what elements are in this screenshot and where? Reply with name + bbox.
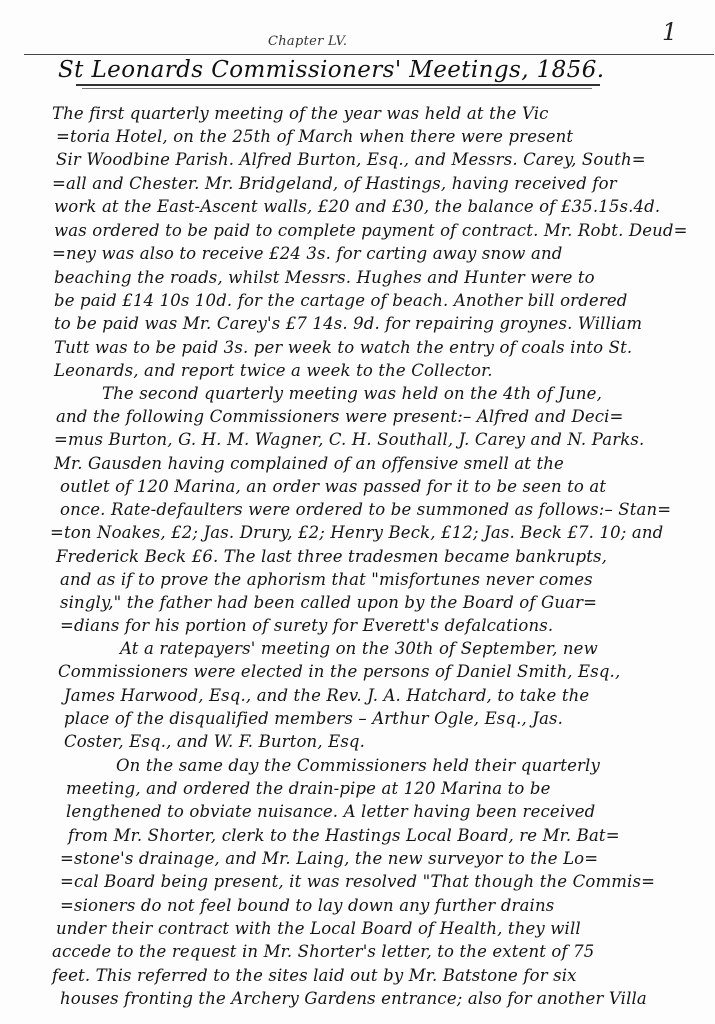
- text-line: =cal Board being present, it was resolve…: [60, 872, 655, 891]
- text-line: =all and Chester. Mr. Bridgeland, of Has…: [52, 174, 617, 193]
- text-line: =sioners do not feel bound to lay down a…: [60, 896, 554, 915]
- text-line: Commissioners were elected in the person…: [58, 662, 620, 681]
- text-line: lengthened to obviate nuisance. A letter…: [66, 802, 595, 821]
- text-line: meeting, and ordered the drain-pipe at 1…: [66, 779, 551, 798]
- text-line: On the same day the Commissioners held t…: [116, 756, 600, 775]
- text-line: houses fronting the Archery Gardens entr…: [60, 989, 647, 1008]
- text-line: =dians for his portion of surety for Eve…: [60, 616, 553, 635]
- text-line: =ton Noakes, £2; Jas. Drury, £2; Henry B…: [50, 523, 663, 542]
- text-line: once. Rate-defaulters were ordered to be…: [60, 500, 671, 519]
- text-line: =stone's drainage, and Mr. Laing, the ne…: [60, 849, 598, 868]
- text-line: work at the East-Ascent walls, £20 and £…: [54, 197, 660, 216]
- text-line: Frederick Beck £6. The last three trades…: [56, 547, 607, 566]
- text-line: =toria Hotel, on the 25th of March when …: [56, 127, 573, 146]
- text-line: feet. This referred to the sites laid ou…: [52, 966, 577, 985]
- text-line: The first quarterly meeting of the year …: [52, 104, 549, 123]
- text-line: place of the disqualified members – Arth…: [64, 709, 563, 728]
- chapter-heading: Chapter LV.: [268, 34, 347, 49]
- text-line: Coster, Esq., and W. F. Burton, Esq.: [64, 732, 365, 751]
- text-line: beaching the roads, whilst Messrs. Hughe…: [54, 268, 595, 287]
- text-line: from Mr. Shorter, clerk to the Hastings …: [68, 826, 620, 845]
- text-line: =ney was also to receive £24 3s. for car…: [52, 244, 562, 263]
- text-line: was ordered to be paid to complete payme…: [54, 221, 688, 240]
- text-line: Leonards, and report twice a week to the…: [54, 361, 493, 380]
- text-line: singly," the father had been called upon…: [60, 593, 597, 612]
- text-line: =mus Burton, G. H. M. Wagner, C. H. Sout…: [54, 430, 644, 449]
- text-line: James Harwood, Esq., and the Rev. J. A. …: [64, 686, 589, 705]
- text-line: The second quarterly meeting was held on…: [102, 384, 602, 403]
- text-line: to be paid was Mr. Carey's £7 14s. 9d. f…: [54, 314, 642, 333]
- text-line: At a ratepayers' meeting on the 30th of …: [120, 639, 598, 658]
- text-line: outlet of 120 Marina, an order was passe…: [60, 477, 606, 496]
- text-line: and the following Commissioners were pre…: [56, 407, 624, 426]
- text-line: and as if to prove the aphorism that "mi…: [60, 570, 593, 589]
- text-line: be paid £14 10s 10d. for the cartage of …: [54, 291, 627, 310]
- page-title: St Leonards Commissioners' Meetings, 185…: [58, 57, 604, 83]
- page-number: 1: [662, 18, 677, 46]
- manuscript-page: 1 Chapter LV. St Leonards Commissioners'…: [0, 0, 715, 1024]
- text-line: accede to the request in Mr. Shorter's l…: [52, 942, 594, 961]
- header-rule: [24, 54, 714, 55]
- text-line: Tutt was to be paid 3s. per week to watc…: [54, 338, 632, 357]
- text-line: under their contract with the Local Boar…: [56, 919, 581, 938]
- title-underline: [76, 84, 600, 86]
- text-line: Mr. Gausden having complained of an offe…: [54, 454, 564, 473]
- title-underline-secondary: [82, 88, 592, 89]
- text-line: Sir Woodbine Parish. Alfred Burton, Esq.…: [56, 150, 646, 169]
